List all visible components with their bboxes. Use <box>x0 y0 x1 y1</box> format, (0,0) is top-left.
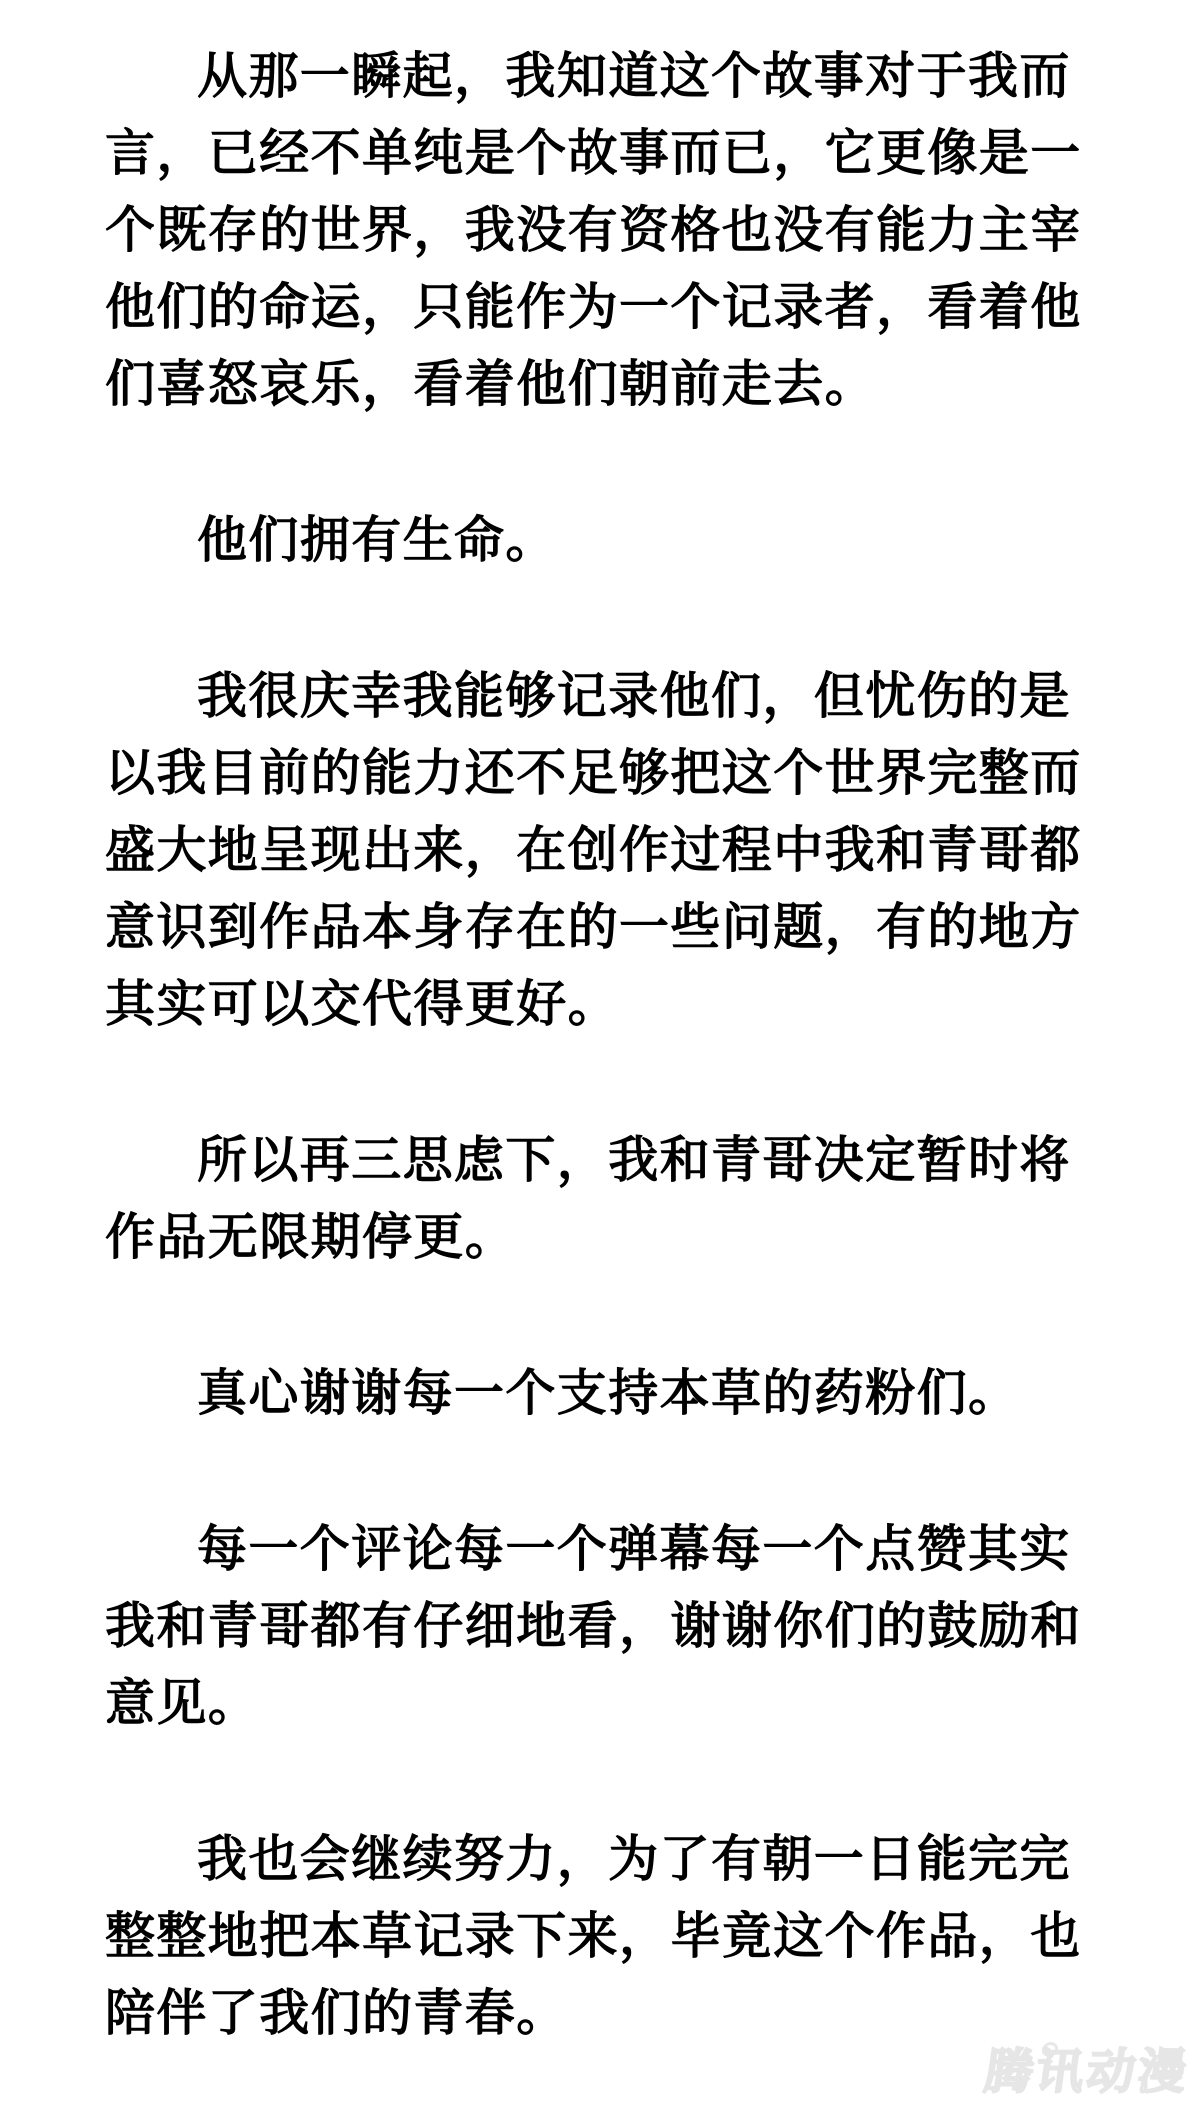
text-line: 整整地把本草记录下来，毕竟这个作品，也 <box>105 1907 1082 1965</box>
text-line: 我和青哥都有仔细地看，谢谢你们的鼓励和 <box>105 1597 1082 1655</box>
text-line: 作品无限期停更。 <box>105 1208 516 1266</box>
paragraph: 从那一瞬起，我知道这个故事对于我而 言，已经不单纯是个故事而已，它更像是一 个既… <box>105 38 1115 423</box>
paragraph: 真心谢谢每一个支持本草的药粉们。 <box>105 1355 1115 1432</box>
paragraph: 所以再三思虑下，我和青哥决定暂时将 作品无限期停更。 <box>105 1122 1115 1276</box>
text-line: 以我目前的能力还不足够把这个世界完整而 <box>105 744 1082 802</box>
text-line: 意见。 <box>105 1674 259 1732</box>
tencent-comics-watermark: 腾讯动漫 <box>981 2046 1192 2098</box>
text-line: 陪伴了我们的青春。 <box>105 1984 568 2042</box>
text-line: 言，已经不单纯是个故事而已，它更像是一 <box>105 124 1082 182</box>
text-line: 他们的命运，只能作为一个记录者，看着他 <box>105 278 1082 336</box>
paragraph: 我很庆幸我能够记录他们，但忧伤的是 以我目前的能力还不足够把这个世界完整而 盛大… <box>105 658 1115 1043</box>
paragraph: 他们拥有生命。 <box>105 502 1115 579</box>
text-line: 从那一瞬起，我知道这个故事对于我而 <box>105 47 1071 105</box>
text-line: 他们拥有生命。 <box>105 511 557 569</box>
text-line: 我很庆幸我能够记录他们，但忧伤的是 <box>105 667 1071 725</box>
text-line: 个既存的世界，我没有资格也没有能力主宰 <box>105 201 1082 259</box>
text-line: 盛大地呈现出来，在创作过程中我和青哥都 <box>105 821 1082 879</box>
text-line: 我也会继续努力，为了有朝一日能完完 <box>105 1830 1071 1888</box>
text-line: 所以再三思虑下，我和青哥决定暂时将 <box>105 1131 1071 1189</box>
text-line: 真心谢谢每一个支持本草的药粉们。 <box>105 1364 1019 1422</box>
text-line: 其实可以交代得更好。 <box>105 975 619 1033</box>
text-line: 每一个评论每一个弹幕每一个点赞其实 <box>105 1520 1071 1578</box>
text-line: 们喜怒哀乐，看着他们朝前走去。 <box>105 355 876 413</box>
paragraph: 我也会继续努力，为了有朝一日能完完 整整地把本草记录下来，毕竟这个作品，也 陪伴… <box>105 1821 1115 2052</box>
text-line: 意识到作品本身存在的一些问题，有的地方 <box>105 898 1082 956</box>
paragraph: 每一个评论每一个弹幕每一个点赞其实 我和青哥都有仔细地看，谢谢你们的鼓励和 意见… <box>105 1511 1115 1742</box>
author-note-text: 从那一瞬起，我知道这个故事对于我而 言，已经不单纯是个故事而已，它更像是一 个既… <box>105 38 1115 2052</box>
